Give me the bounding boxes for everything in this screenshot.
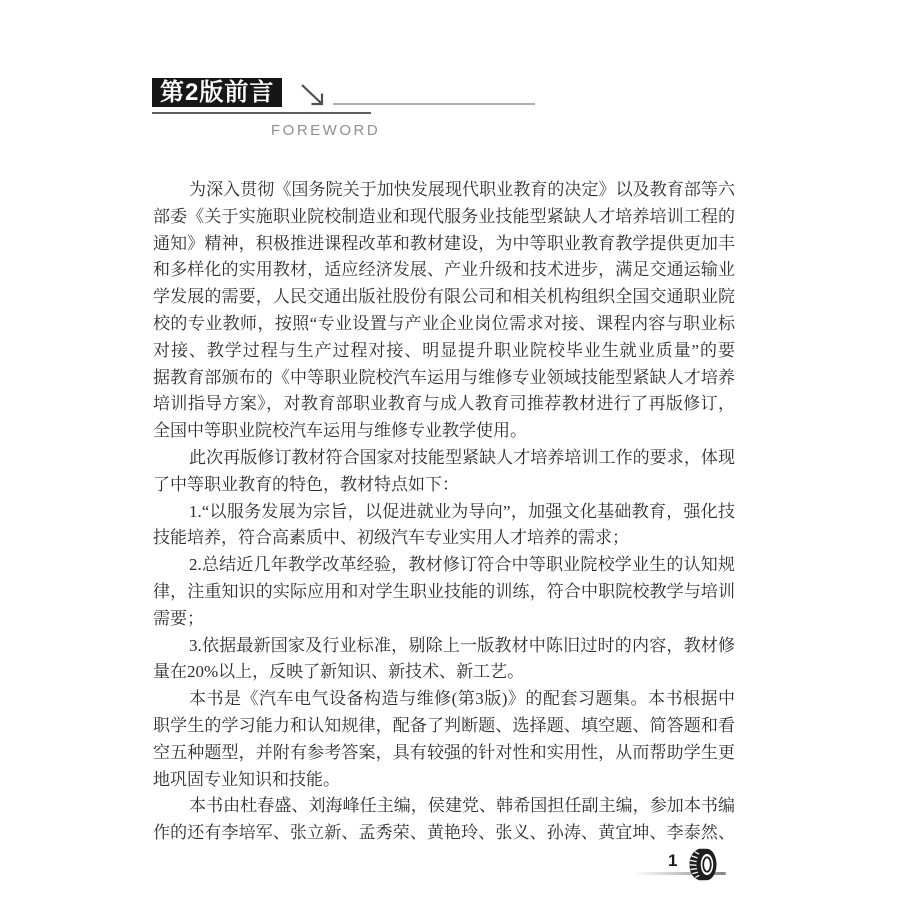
page-number: 1	[668, 851, 677, 871]
book-page: 第2版前言 FOREWORD 为深入贯彻《国务院关于加快发展现代职业教育的决定》…	[0, 0, 900, 900]
foreword-label: FOREWORD	[271, 122, 380, 139]
body-line: 全国中等职业院校汽车运用与维修专业教学使用。	[153, 418, 735, 445]
body-line: 据教育部颁布的《中等职业院校汽车运用与维修专业领域技能型紧缺人才培养	[153, 365, 735, 392]
tire-icon	[687, 847, 719, 882]
body-line: 本书由杜春盛、刘海峰任主编，侯建党、韩希国担任副主编，参加本书编写工	[153, 793, 735, 820]
header-rule	[333, 103, 535, 105]
body-line: 地巩固专业知识和技能。	[153, 767, 735, 794]
body-line: 量在20%以上，反映了新知识、新技术、新工艺。	[153, 659, 735, 686]
body-line: 1.“以服务发展为宗旨，以促进就业为导向”，加强文化基础教育，强化技术	[153, 499, 735, 526]
body-line: 校的专业教师，按照“专业设置与产业企业岗位需求对接、课程内容与职业标准	[153, 311, 735, 338]
body-line: 对接、教学过程与生产过程对接、明显提升职业院校毕业生就业质量”的要求，依	[153, 338, 735, 365]
foreword-body: 为深入贯彻《国务院关于加快发展现代职业教育的决定》以及教育部等六 部委《关于实施…	[153, 177, 735, 847]
body-line: 技能培养，符合高素质中、初级汽车专业实用人才培养的需求；	[153, 525, 735, 552]
body-line: 职学生的学习能力和认知规律，配备了判断题、选择题、填空题、简答题和看图填	[153, 713, 735, 740]
body-line: 2.总结近几年教学改革经验，教材修订符合中等职业院校学业生的认知规	[153, 552, 735, 579]
body-line: 通知》精神，积极推进课程改革和教材建设，为中等职业教育教学提供更加丰富	[153, 231, 735, 258]
page-title: 第2版前言	[152, 78, 282, 107]
body-line: 了中等职业教育的特色，教材特点如下：	[153, 472, 735, 499]
body-line: 培训指导方案》，对教育部职业教育与成人教育司推荐教材进行了再版修订，供	[153, 391, 735, 418]
body-line: 部委《关于实施职业院校制造业和现代服务业技能型紧缺人才培养培训工程的	[153, 204, 735, 231]
body-line: 空五种题型，并附有参考答案，具有较强的针对性和实用性，从而帮助学生更好	[153, 740, 735, 767]
body-line: 需要；	[153, 606, 735, 633]
body-line: 此次再版修订教材符合国家对技能型紧缺人才培养培训工作的要求，体现	[153, 445, 735, 472]
title-underline	[152, 112, 371, 114]
body-line: 为深入贯彻《国务院关于加快发展现代职业教育的决定》以及教育部等六	[153, 177, 735, 204]
body-line: 作的还有李培军、张立新、孟秀荣、黄艳玲、张义、孙涛、黄宜坤、李泰然、郭大民、	[153, 820, 735, 847]
body-line: 律，注重知识的实际应用和对学生职业技能的训练，符合中职院校教学与培训的	[153, 579, 735, 606]
body-line: 学发展的需要，人民交通出版社股份有限公司和相关机构组织全国交通职业院	[153, 284, 735, 311]
body-line: 和多样化的实用教材，适应经济发展、产业升级和技术进步，满足交通运输业科	[153, 257, 735, 284]
body-line: 本书是《汽车电气设备构造与维修(第3版)》的配套习题集。本书根据中	[153, 686, 735, 713]
body-line: 3.依据最新国家及行业标准，剔除上一版教材中陈旧过时的内容，教材修订	[153, 633, 735, 660]
down-right-arrow-icon	[300, 84, 326, 108]
